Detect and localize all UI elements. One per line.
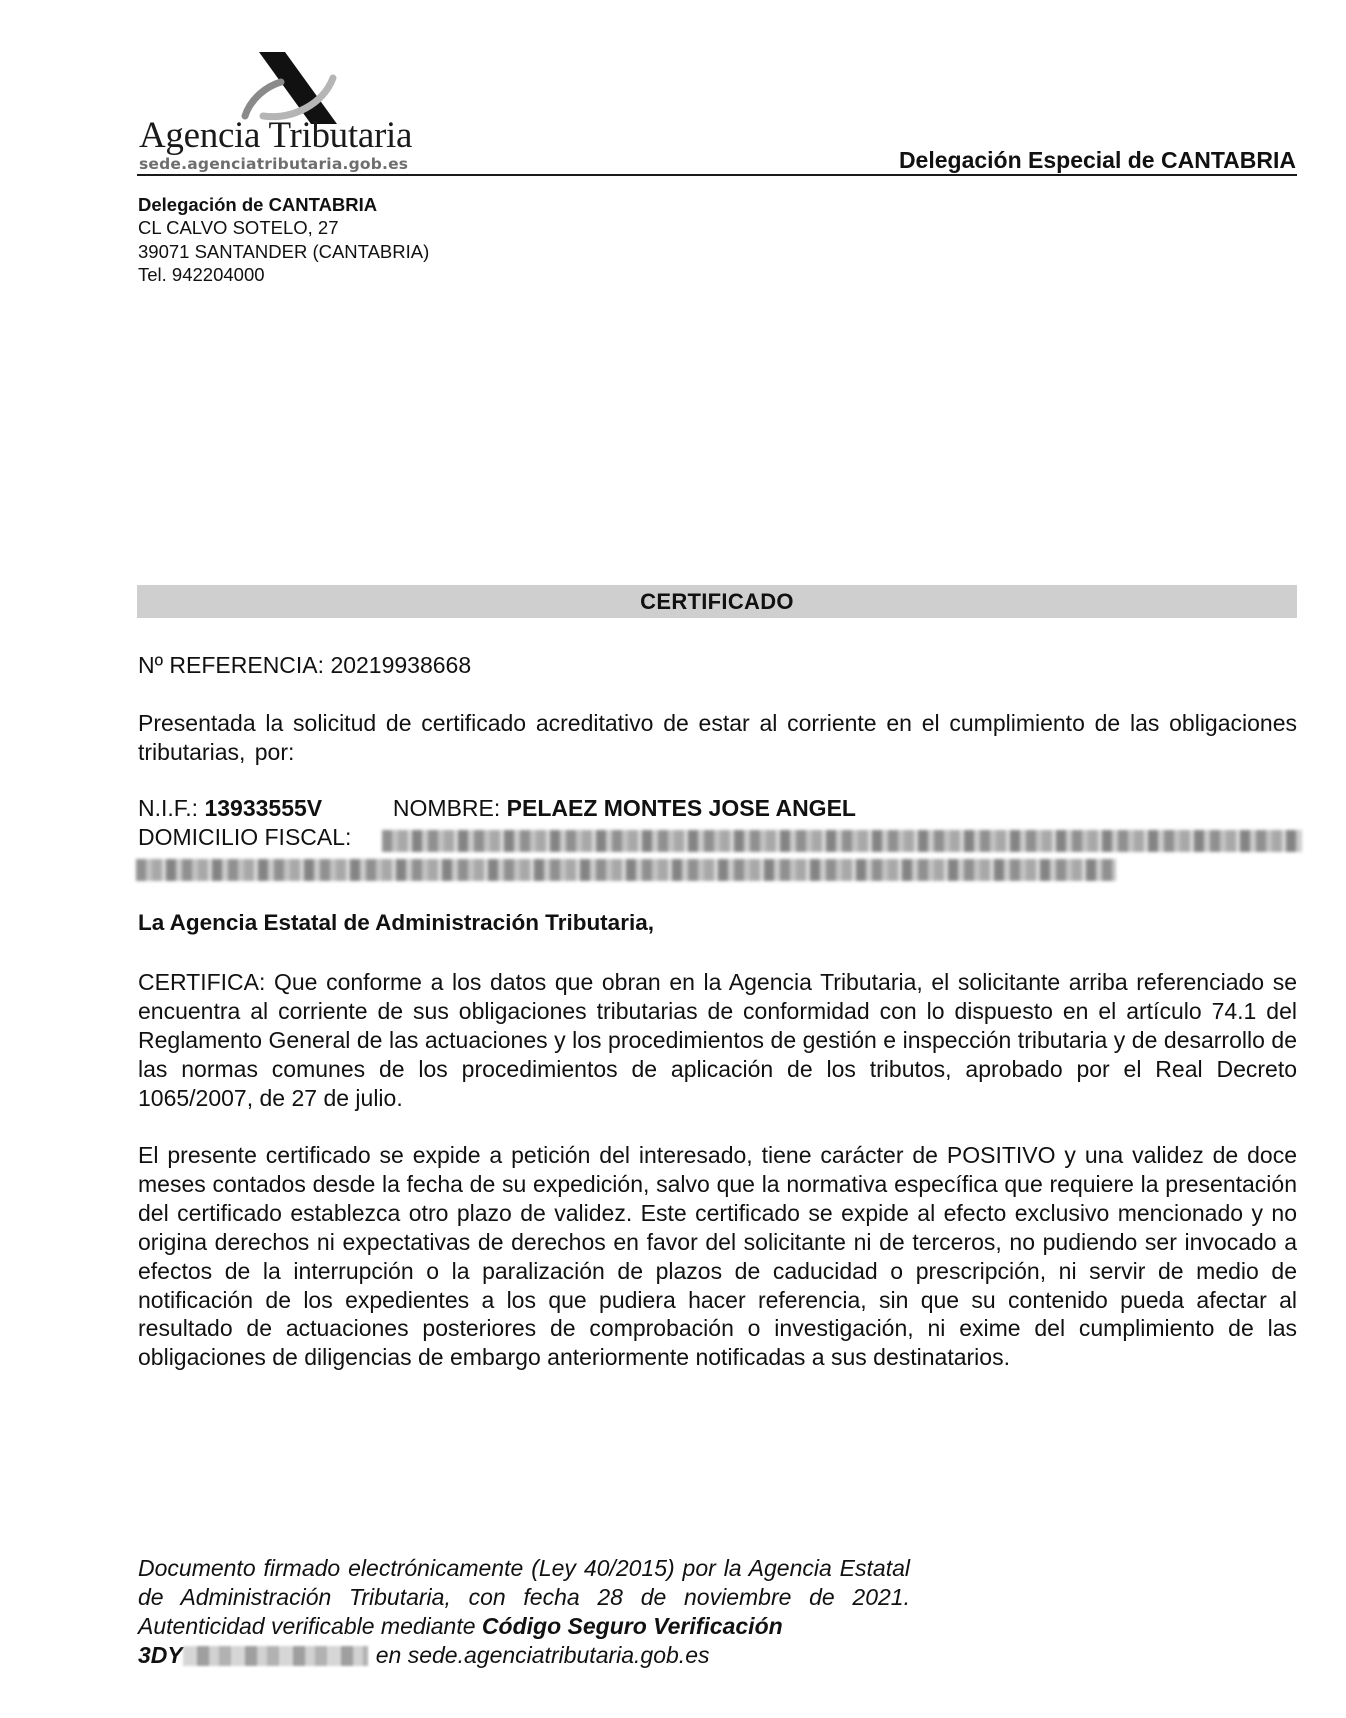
certificate-title-bar: CERTIFICADO — [137, 585, 1297, 618]
office-city: 39071 SANTANDER (CANTABRIA) — [138, 240, 429, 263]
csv-redacted — [183, 1646, 368, 1666]
delegacion-especial-title: Delegación Especial de CANTABRIA — [899, 147, 1296, 174]
applicant-id-line: N.I.F.: 13933555V NOMBRE: PELAEZ MONTES … — [138, 794, 856, 823]
domicilio-label: DOMICILIO FISCAL: — [138, 824, 351, 850]
verification-site: en sede.agenciatributaria.gob.es — [376, 1642, 710, 1668]
office-phone: Tel. 942204000 — [138, 263, 429, 286]
request-intro: Presentada la solicitud de certificado a… — [138, 709, 1297, 767]
csv-label: Código Seguro Verificación — [482, 1613, 783, 1639]
reference-value: 20219938668 — [330, 652, 471, 678]
name-label: NOMBRE: — [393, 795, 500, 821]
nif-value: 13933555V — [204, 795, 322, 821]
certificate-title: CERTIFICADO — [640, 589, 794, 615]
domicilio-redacted-line-2 — [136, 859, 1116, 881]
reference-label: Nº REFERENCIA: — [138, 652, 324, 678]
domicilio-redacted-line-1 — [382, 830, 1302, 852]
nif-label: N.I.F.: — [138, 795, 198, 821]
logo-name: Agencia Tributaria — [139, 114, 412, 157]
issuer-heading: La Agencia Estatal de Administración Tri… — [138, 910, 654, 936]
office-address: Delegación de CANTABRIA CL CALVO SOTELO,… — [138, 193, 429, 286]
reference-number: Nº REFERENCIA: 20219938668 — [138, 651, 471, 680]
domicilio-fiscal: DOMICILIO FISCAL: — [138, 823, 351, 852]
electronic-signature-note: Documento firmado electrónicamente (Ley … — [138, 1554, 910, 1670]
logo-url: sede.agenciatributaria.gob.es — [139, 155, 408, 173]
office-street: CL CALVO SOTELO, 27 — [138, 216, 429, 239]
office-name: Delegación de CANTABRIA — [138, 193, 429, 216]
header-divider — [137, 174, 1297, 176]
certifica-paragraph: CERTIFICA: Que conforme a los datos que … — [138, 968, 1297, 1113]
name-value: PELAEZ MONTES JOSE ANGEL — [507, 795, 856, 821]
validity-paragraph: El presente certificado se expide a peti… — [138, 1141, 1297, 1372]
agencia-tributaria-logo: Agencia Tributaria sede.agenciatributari… — [137, 52, 437, 178]
csv-prefix: 3DY — [138, 1642, 183, 1668]
